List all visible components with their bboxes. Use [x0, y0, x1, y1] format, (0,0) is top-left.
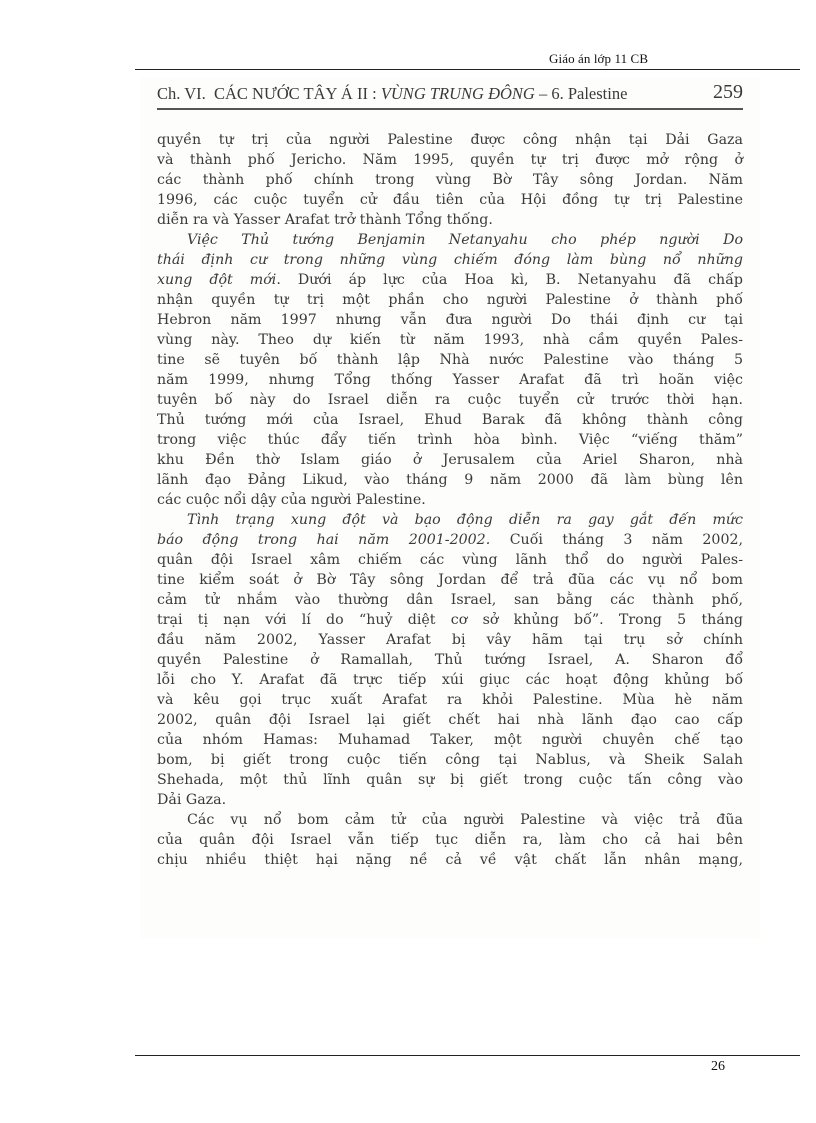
- text-line: báo động trong hai năm 2001-2002. Cuối t…: [157, 530, 743, 550]
- page-header-title: Giáo án lớp 11 CB: [549, 51, 648, 67]
- chapter-header-italic: VÙNG TRUNG ĐÔNG: [381, 84, 535, 103]
- text-line: lỗi cho Y. Arafat đã trực tiếp xúi giục …: [157, 670, 743, 690]
- text-line: năm 1999, nhưng Tổng thống Yasser Arafat…: [157, 370, 743, 390]
- text-line: trong việc thúc đẩy tiến trình hòa bình.…: [157, 430, 743, 450]
- text-line: của quân đội Israel vẫn tiếp tục diễn ra…: [157, 830, 743, 850]
- text-line: và thành phố Jericho. Năm 1995, quyền tự…: [157, 150, 743, 170]
- text-line: quân đội Israel xâm chiếm các vùng lãnh …: [157, 550, 743, 570]
- text-line: chịu nhiều thiệt hại nặng nề cả về vật c…: [157, 850, 743, 870]
- text-line: 2002, quân đội Israel lại giết chết hai …: [157, 710, 743, 730]
- text-line: Thủ tướng mới của Israel, Ehud Barak đã …: [157, 410, 743, 430]
- text-line: Các vụ nổ bom cảm tử của người Palestine…: [157, 810, 743, 830]
- text-line: nhận quyền tự trị một phần cho người Pal…: [157, 290, 743, 310]
- page-number: 26: [711, 1059, 725, 1075]
- text-span: Cuối tháng 3 năm 2002,: [490, 532, 743, 548]
- chapter-header-suffix: – 6. Palestine: [535, 84, 628, 103]
- text-line: Hebron năm 1997 nhưng vẫn đưa người Do t…: [157, 310, 743, 330]
- italic-phrase: báo động trong hai năm 2001-2002.: [157, 532, 490, 548]
- text-line: trại tị nạn với lí do “huỷ diệt cơ sở kh…: [157, 610, 743, 630]
- header-rule: [135, 69, 800, 70]
- text-line: vùng này. Theo dự kiến từ năm 1993, nhà …: [157, 330, 743, 350]
- text-line: đầu năm 2002, Yasser Arafat bị vây hãm t…: [157, 630, 743, 650]
- text-line-italic: Tình trạng xung đột và bạo động diễn ra …: [157, 510, 743, 530]
- text-line: khu Đền thờ Islam giáo ở Jerusalem của A…: [157, 450, 743, 470]
- text-line: lãnh đạo Đảng Likud, vào tháng 9 năm 200…: [157, 470, 743, 490]
- text-line: quyền tự trị của người Palestine được cô…: [157, 130, 743, 150]
- text-line-italic: thái định cư trong những vùng chiếm đóng…: [157, 250, 743, 270]
- book-page-number: 259: [713, 81, 743, 104]
- chapter-header: Ch. VI. CÁC NƯỚC TÂY Á II : VÙNG TRUNG Đ…: [157, 84, 743, 110]
- chapter-header-prefix: Ch. VI. CÁC NƯỚC TÂY Á II :: [157, 84, 381, 103]
- text-line: tine sẽ tuyên bố thành lập Nhà nước Pale…: [157, 350, 743, 370]
- text-line: của nhóm Hamas: Muhamad Taker, một người…: [157, 730, 743, 750]
- text-line-italic: Việc Thủ tướng Benjamin Netanyahu cho ph…: [157, 230, 743, 250]
- text-line: và kêu gọi trục xuất Arafat ra khỏi Pale…: [157, 690, 743, 710]
- text-line: tuyên bố này do Israel diễn ra cuộc tuyể…: [157, 390, 743, 410]
- body-text: quyền tự trị của người Palestine được cô…: [157, 130, 743, 870]
- text-line: Dải Gaza.: [157, 790, 743, 810]
- italic-phrase: xung đột mới: [157, 272, 276, 288]
- text-line: 1996, các cuộc tuyển cử đầu tiên của Hội…: [157, 190, 743, 210]
- text-line: cảm tử nhắm vào thường dân Israel, san b…: [157, 590, 743, 610]
- text-span: . Dưới áp lực của Hoa kì, B. Netanyahu đ…: [276, 272, 743, 288]
- footer-rule: [135, 1055, 800, 1056]
- text-line: Shehada, một thủ lĩnh quân sự bị giết tr…: [157, 770, 743, 790]
- text-line: các cuộc nổi dậy của người Palestine.: [157, 490, 743, 510]
- text-line: tine kiểm soát ở Bờ Tây sông Jordan để t…: [157, 570, 743, 590]
- text-line: các thành phố chính trong vùng Bờ Tây sô…: [157, 170, 743, 190]
- text-line: diễn ra và Yasser Arafat trở thành Tổng …: [157, 210, 743, 230]
- text-line: quyền Palestine ở Ramallah, Thủ tướng Is…: [157, 650, 743, 670]
- text-line: xung đột mới. Dưới áp lực của Hoa kì, B.…: [157, 270, 743, 290]
- text-line: bom, bị giết trong cuộc tiến công tại Na…: [157, 750, 743, 770]
